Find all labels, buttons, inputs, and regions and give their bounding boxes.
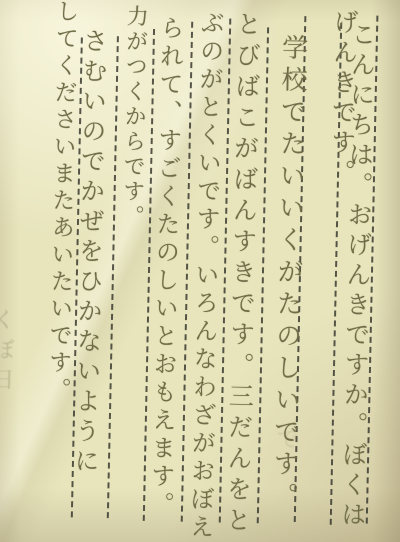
photo-of-handwritten-letter: こんにちは。おげんきですか。ぼくは げんきです。 学校でたいいくがたのしいです。… — [0, 0, 400, 542]
handwriting-column-2: げんきです。 — [325, 9, 363, 190]
writing-area: こんにちは。おげんきですか。ぼくは げんきです。 学校でたいいくがたのしいです。… — [0, 0, 400, 542]
faint-pencil-marks: くぼ日 — [0, 308, 18, 399]
handwriting-column-7: 力がつくからです。 — [113, 4, 152, 230]
faint-bleedthrough-mark: で — [268, 425, 304, 458]
